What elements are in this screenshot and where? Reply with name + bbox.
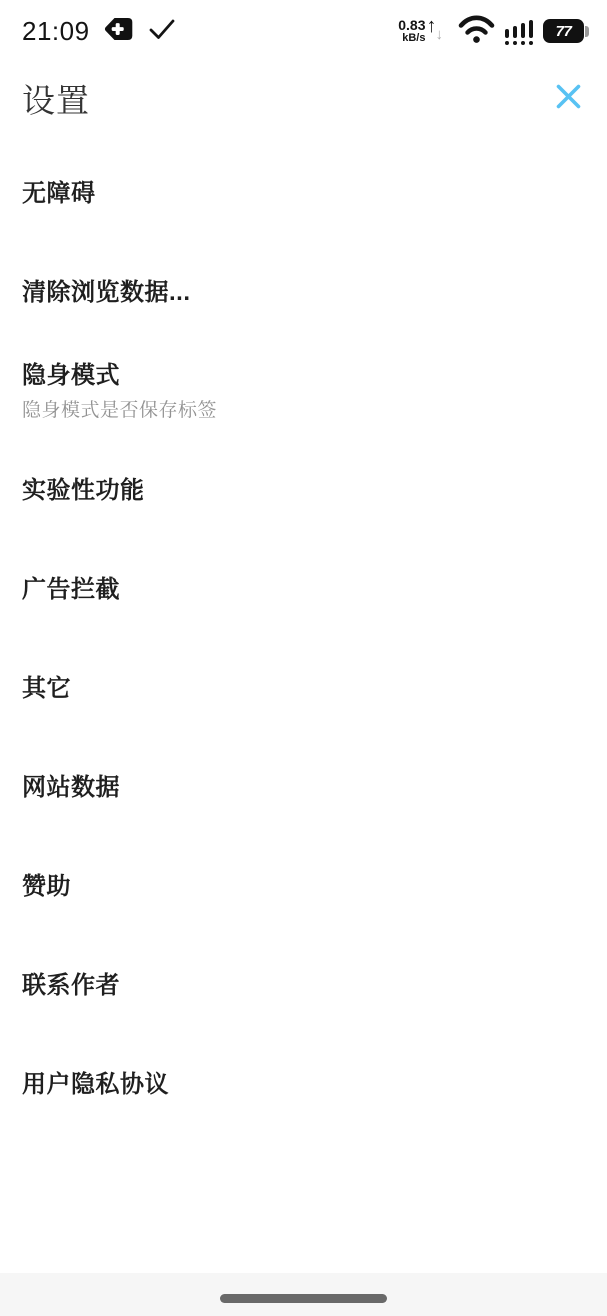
settings-item-ad-blocking[interactable]: 广告拦截 [0,537,607,636]
settings-item-label: 清除浏览数据... [22,272,607,307]
settings-list: 无障碍 清除浏览数据... 隐身模式 隐身模式是否保存标签 实验性功能 广告拦截… [0,141,607,1131]
battery-percent: 77 [556,23,572,40]
settings-item-label: 联系作者 [22,965,607,1000]
settings-item-label: 其它 [22,668,607,703]
settings-item-website-data[interactable]: 网站数据 [0,735,607,834]
status-bar: 21:09 0.83 kB/s ↑ ↓ [0,0,607,56]
settings-header: 设置 [0,56,607,141]
settings-item-label: 无障碍 [22,173,607,208]
page-title: 设置 [22,75,90,122]
net-speed-unit: kB/s [402,33,425,44]
settings-item-experimental-features[interactable]: 实验性功能 [0,438,607,537]
close-button[interactable] [553,84,583,114]
settings-item-label: 隐身模式 [22,355,607,390]
network-speed-indicator: 0.83 kB/s ↑ ↓ [398,15,447,47]
signal-bars-icon [505,17,534,45]
close-icon [555,83,582,115]
settings-item-sponsor[interactable]: 赞助 [0,834,607,933]
settings-item-label: 实验性功能 [22,470,607,505]
settings-item-label: 广告拦截 [22,569,607,604]
status-time: 21:09 [22,16,90,47]
settings-item-privacy-agreement[interactable]: 用户隐私协议 [0,1032,607,1131]
settings-item-accessibility[interactable]: 无障碍 [0,141,607,240]
settings-item-label: 网站数据 [22,767,607,802]
settings-item-incognito-mode[interactable]: 隐身模式 隐身模式是否保存标签 [0,339,607,438]
settings-item-other[interactable]: 其它 [0,636,607,735]
settings-item-subtitle: 隐身模式是否保存标签 [22,395,607,422]
checkmark-icon [147,16,177,47]
wifi-icon [458,14,495,49]
settings-item-label: 赞助 [22,866,607,901]
home-indicator[interactable] [220,1294,387,1303]
settings-item-clear-browsing-data[interactable]: 清除浏览数据... [0,240,607,339]
battery-icon: 77 [543,19,589,43]
tag-plus-icon [102,16,135,47]
download-arrow-icon: ↓ [436,27,444,42]
settings-item-label: 用户隐私协议 [22,1064,607,1099]
net-speed-value: 0.83 [398,18,425,32]
gesture-nav-band [0,1273,607,1316]
settings-item-contact-author[interactable]: 联系作者 [0,933,607,1032]
